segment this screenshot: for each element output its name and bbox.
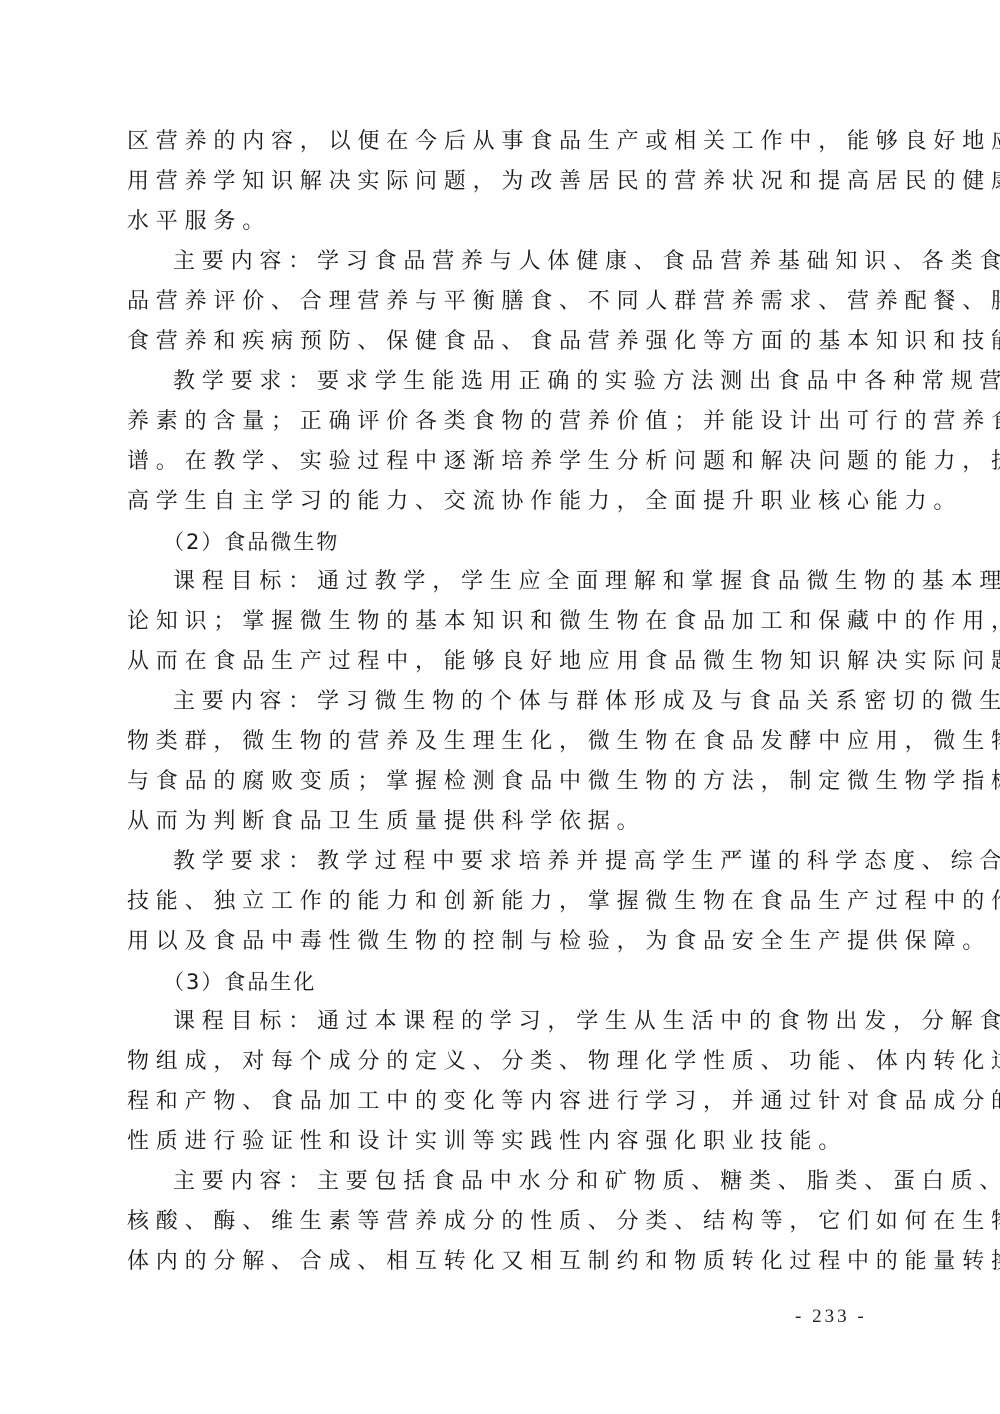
document-page: 区营养的内容，以便在今后从事食品生产或相关工作中，能够良好地应 用营养学知识解决… [127,122,875,1282]
text-line: 物组成，对每个成分的定义、分类、物理化学性质、功能、体内转化过 [127,1042,875,1082]
paragraph-start-teaching-requirements-microbiology: 教学要求：教学过程中要求培养并提高学生严谨的科学态度、综合 [127,842,875,882]
text-line: 用营养学知识解决实际问题，为改善居民的营养状况和提高居民的健康 [127,162,875,202]
section-heading-food-microbiology: （2）食品微生物 [127,522,875,562]
text-line: 从而在食品生产过程中，能够良好地应用食品微生物知识解决实际问题。 [127,642,875,682]
text-line: 核酸、酶、维生素等营养成分的性质、分类、结构等，它们如何在生物 [127,1202,875,1242]
text-line: 体内的分解、合成、相互转化又相互制约和物质转化过程中的能量转换， [127,1242,875,1282]
paragraph-start-main-content-biochemistry: 主要内容：主要包括食品中水分和矿物质、糖类、脂类、蛋白质、 [127,1162,875,1202]
text-line: 区营养的内容，以便在今后从事食品生产或相关工作中，能够良好地应 [127,122,875,162]
text-line: 技能、独立工作的能力和创新能力，掌握微生物在食品生产过程中的作 [127,882,875,922]
text-line: 性质进行验证性和设计实训等实践性内容强化职业技能。 [127,1122,875,1162]
text-line: 物类群，微生物的营养及生理生化，微生物在食品发酵中应用，微生物 [127,722,875,762]
text-line: 水平服务。 [127,202,875,242]
paragraph-start-course-goal-biochemistry: 课程目标：通过本课程的学习，学生从生活中的食物出发，分解食 [127,1002,875,1042]
paragraph-start-teaching-requirements-nutrition: 教学要求：要求学生能选用正确的实验方法测出食品中各种常规营 [127,362,875,402]
paragraph-start-main-content-nutrition: 主要内容：学习食品营养与人体健康、食品营养基础知识、各类食 [127,242,875,282]
text-line: 论知识；掌握微生物的基本知识和微生物在食品加工和保藏中的作用， [127,602,875,642]
text-line: 高学生自主学习的能力、交流协作能力，全面提升职业核心能力。 [127,482,875,522]
text-line: 从而为判断食品卫生质量提供科学依据。 [127,802,875,842]
text-line: 程和产物、食品加工中的变化等内容进行学习，并通过针对食品成分的 [127,1082,875,1122]
text-line: 养素的含量；正确评价各类食物的营养价值；并能设计出可行的营养食 [127,402,875,442]
paragraph-start-main-content-microbiology: 主要内容：学习微生物的个体与群体形成及与食品关系密切的微生 [127,682,875,722]
text-line: 与食品的腐败变质；掌握检测食品中微生物的方法，制定微生物学指标， [127,762,875,802]
text-line: 品营养评价、合理营养与平衡膳食、不同人群营养需求、营养配餐、膳 [127,282,875,322]
paragraph-start-course-goal-microbiology: 课程目标：通过教学，学生应全面理解和掌握食品微生物的基本理 [127,562,875,602]
section-heading-food-biochemistry: （3）食品生化 [127,962,875,1002]
page-number: - 233 - [795,1306,867,1328]
text-line: 食营养和疾病预防、保健食品、食品营养强化等方面的基本知识和技能。 [127,322,875,362]
text-line: 用以及食品中毒性微生物的控制与检验，为食品安全生产提供保障。 [127,922,875,962]
text-line: 谱。在教学、实验过程中逐渐培养学生分析问题和解决问题的能力，提 [127,442,875,482]
